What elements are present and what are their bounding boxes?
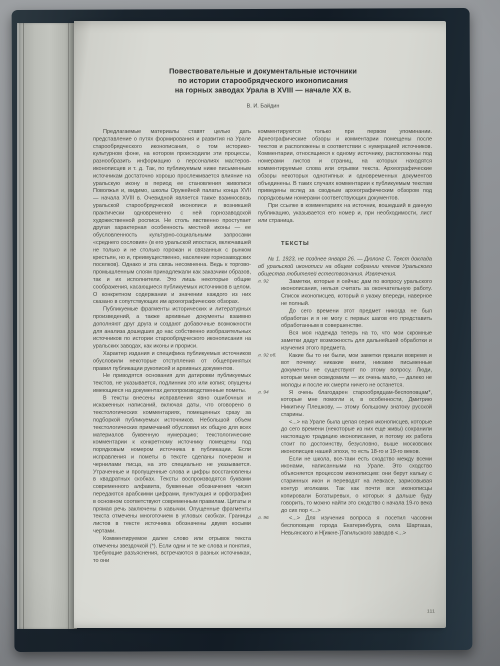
source-entry: л. 92 Заметки, которые я сейчас дам по в… xyxy=(258,278,432,308)
entry-text: Если не школа, все-таки есть сходство ме… xyxy=(281,455,432,514)
paragraph: Публикуемые фрагменты исторических и лит… xyxy=(93,306,251,350)
leaf-number xyxy=(258,330,281,352)
paragraph: Предлагаемые материалы ставят целью дать… xyxy=(93,128,251,306)
page-edges xyxy=(17,23,77,629)
source-entry: л. 94 Я очень благодарен старообрядцам-б… xyxy=(258,389,432,419)
paragraph: Комментируемое далее слово или отрывок т… xyxy=(93,535,251,565)
source-entry: л. 92 об. Какие бы то ни были, мои замет… xyxy=(258,352,432,389)
title-line-3: на горных заводах Урала в XVIII — начале… xyxy=(93,86,433,96)
paragraph: Характер издания и специфика публикуемых… xyxy=(93,350,251,372)
title-line-1: Повествовательные и документальные источ… xyxy=(93,67,433,77)
source-entry: До сего времени этот предмет никогда не … xyxy=(258,307,432,329)
entry-text: Я очень благодарен старообрядцам-беспопо… xyxy=(281,389,432,419)
leaf-number: л. 94 xyxy=(258,389,281,419)
text-columns: Предлагаемые материалы ставят целью дать… xyxy=(93,128,433,565)
book-page: Повествовательные и документальные источ… xyxy=(74,21,446,628)
leaf-number xyxy=(258,418,281,455)
entry-text: Какие бы то ни были, мои заметки пришли … xyxy=(281,352,432,389)
section-header-texts: ТЕКСТЫ xyxy=(281,240,432,247)
leaf-number xyxy=(258,455,281,514)
entry-text: Заметки, которые я сейчас дам по вопросу… xyxy=(281,278,432,308)
leaf-number xyxy=(258,307,281,329)
page-content: Повествовательные и документальные источ… xyxy=(74,21,446,628)
source-entry: Вся моя надежда теперь на то, что мои ск… xyxy=(258,330,432,352)
leaf-number: л. 96 xyxy=(258,515,281,537)
article-title: Повествовательные и документальные источ… xyxy=(93,67,433,96)
entry-text: Вся моя надежда теперь на то, что мои ск… xyxy=(281,330,432,352)
page-number: 111 xyxy=(427,609,435,615)
title-line-2: по истории старообрядческого иконописани… xyxy=(93,77,433,87)
article-author: В. И. Байдин xyxy=(93,103,433,109)
entry-text: <...> Для изучения вопроса я посетил час… xyxy=(281,515,432,537)
source-entry: Если не школа, все-таки есть сходство ме… xyxy=(258,455,432,514)
paragraph: комментируются только при первом упомина… xyxy=(258,128,432,202)
paragraph: При ссылке в комментариях на источник, в… xyxy=(258,202,432,224)
book-photo: Повествовательные и документальные источ… xyxy=(0,0,500,666)
document-heading: № 1. 1923, не позднее января 26. — Дюлон… xyxy=(258,256,432,278)
entry-text: <...> на Урале была целая серия иконопис… xyxy=(281,418,432,455)
paragraph: Не приводятся основания для датировки пу… xyxy=(93,372,251,394)
leaf-number: л. 92 об. xyxy=(258,352,281,389)
source-entry: <...> на Урале была целая серия иконопис… xyxy=(258,418,432,455)
leaf-number: л. 92 xyxy=(258,278,281,308)
left-column: Предлагаемые материалы ставят целью дать… xyxy=(93,128,251,565)
paragraph: В тексты внесены исправления явно ошибоч… xyxy=(93,394,251,535)
entry-text: До сего времени этот предмет никогда не … xyxy=(281,307,432,329)
right-column: комментируются только при первом упомина… xyxy=(258,128,432,565)
source-entry: л. 96 <...> Для изучения вопроса я посет… xyxy=(258,515,432,537)
